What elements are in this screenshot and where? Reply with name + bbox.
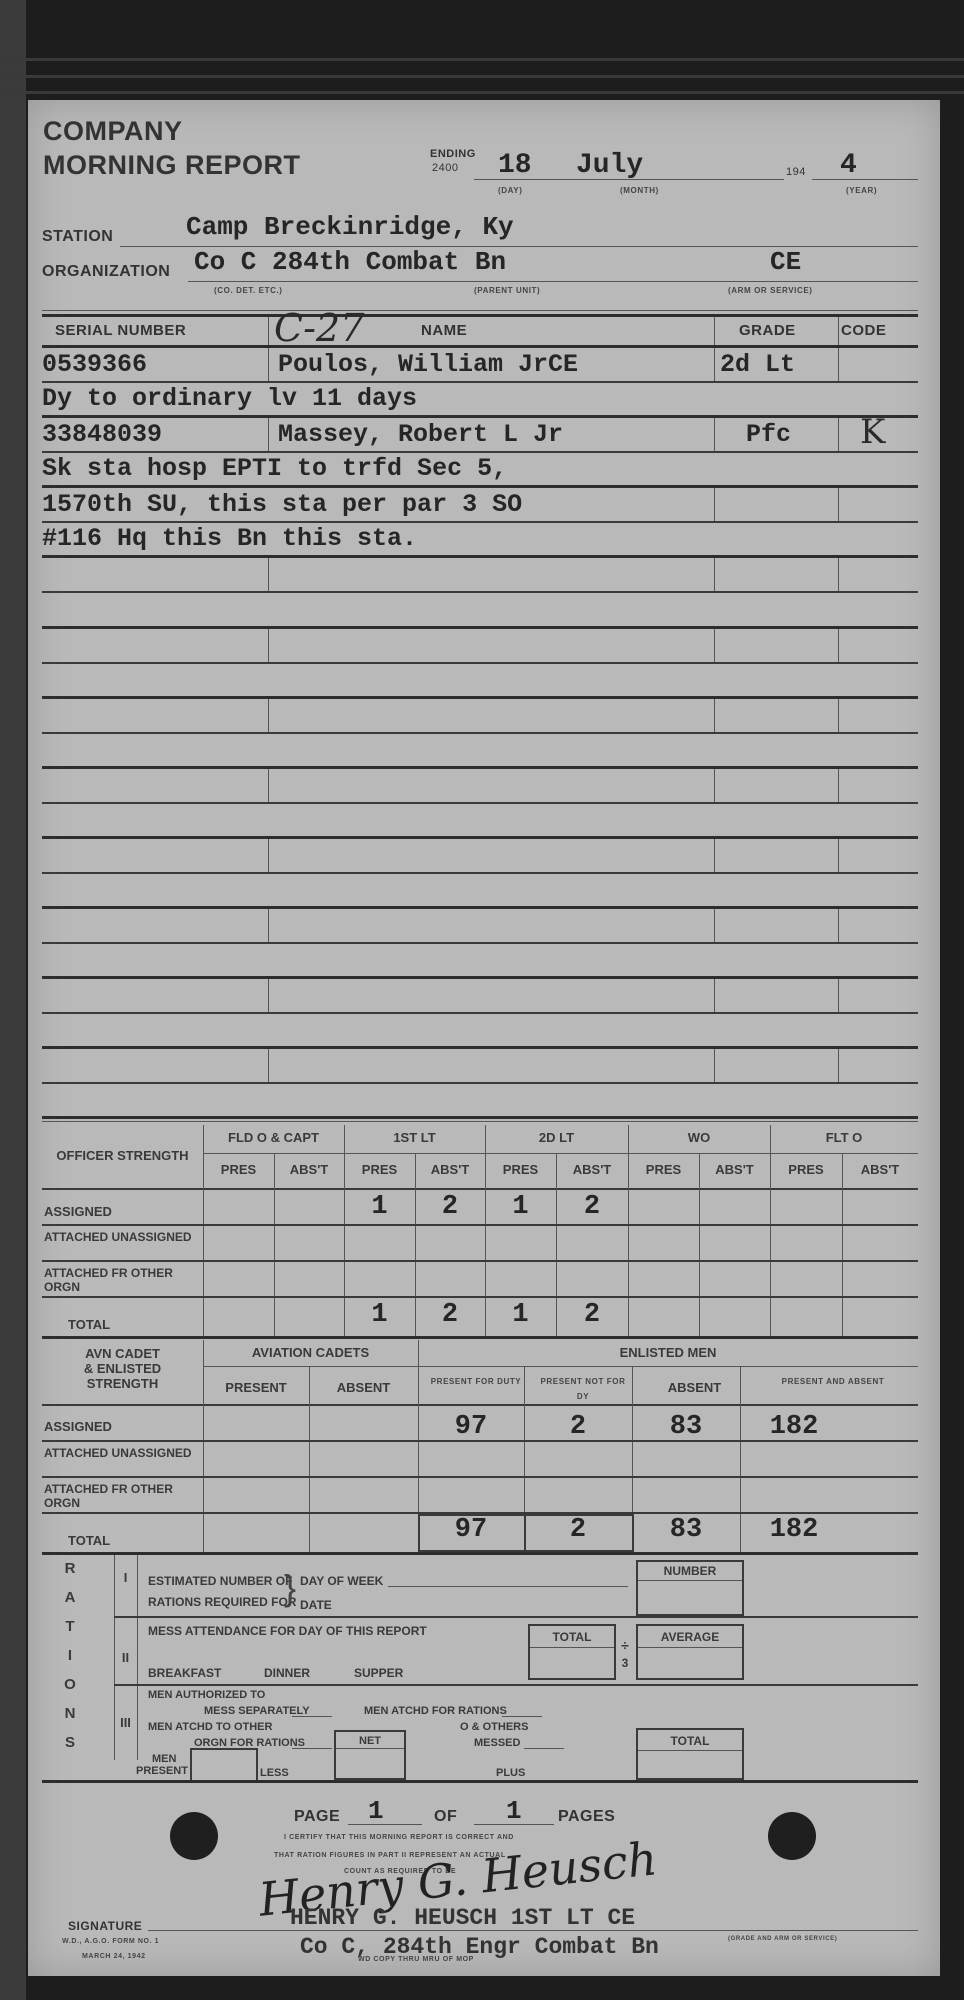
estimated-number-line2: RATIONS REQUIRED FOR [148,1595,296,1609]
col-divider [714,699,715,732]
ending-time: 2400 [432,162,458,174]
day-caption: (DAY) [498,186,522,195]
grid-line [274,1153,275,1337]
station-value[interactable]: Camp Breckinridge, Ky [186,212,514,242]
mess-total-label: TOTAL [528,1630,616,1644]
grid-line [309,1366,310,1552]
mess-separately-field[interactable] [292,1716,332,1717]
col-divider [268,558,269,591]
less-label: LESS [260,1766,289,1780]
organization-service[interactable]: CE [770,247,801,277]
subheader-pres: PRES [628,1162,699,1177]
row-rule [42,1224,918,1226]
row-rule [42,906,918,909]
section-numeral-iii: III [114,1715,137,1730]
entry-name[interactable]: Massey, Robert L Jr [278,420,563,449]
col-divider [268,979,269,1012]
row-rule [42,696,918,699]
signer-caption: (GRADE AND ARM OR SERVICE) [728,1936,837,1942]
others-line2: MESSED [474,1736,520,1750]
enlisted-title-line2: & ENLISTED [42,1362,203,1376]
row-rule [42,451,918,453]
film-scratch-line [0,91,964,94]
col-divider [838,1049,839,1082]
col-divider [714,839,715,872]
form-title-company: COMPANY [43,116,183,147]
morning-report-form: COMPANY MORNING REPORT ENDING 2400 18 Ju… [28,100,940,1976]
form-id-line1: W.D., A.G.O. FORM NO. 1 [62,1938,159,1945]
enlisted-row-label: ATTACHED FR OTHER ORGN [44,1482,194,1510]
remark-line[interactable]: #116 Hq this Bn this sta. [42,524,417,553]
year-underline [812,179,918,180]
col-divider [714,558,715,591]
rations-divider [137,1555,138,1760]
brace-glyph: } [284,1566,296,1610]
signer-typed-name[interactable]: HENRY G. HEUSCH 1ST LT CE [290,1905,635,1931]
enlisted-header-bottom-rule [42,1404,918,1406]
box-divider [638,1750,742,1751]
entry-serial[interactable]: 0539366 [42,350,147,379]
header-code: CODE [841,322,886,339]
men-atchd-other-line1: MEN ATCHD TO OTHER [148,1720,272,1734]
rations-letter: N [50,1705,90,1722]
net-label: NET [334,1734,406,1748]
col-divider [838,348,839,381]
enlisted-present-not-for-duty-total[interactable]: 2 [524,1515,632,1545]
page-total[interactable]: 1 [506,1796,522,1826]
officer-1stlt-pres-total[interactable]: 1 [344,1300,415,1330]
enlisted-absent-total[interactable]: 83 [632,1515,740,1545]
col-divider [268,769,269,802]
of-label: OF [434,1808,457,1826]
divide-by: 3 [616,1656,634,1670]
col-divider [714,488,715,521]
report-year-digit[interactable]: 4 [840,150,857,181]
row-rule [42,626,918,629]
row-rule [42,591,918,593]
subheader-present-for-duty: PRESENT FOR DUTY [426,1374,526,1389]
col-divider [268,418,269,451]
page-number-field [348,1824,422,1825]
grid-line [628,1125,629,1337]
orgn-for-rations-field[interactable] [292,1748,332,1749]
row-rule [42,381,918,383]
row-rule [42,732,918,734]
row-rule [42,872,918,874]
mess-attendance-label: MESS ATTENDANCE FOR DAY OF THIS REPORT [148,1624,427,1638]
col-divider [838,558,839,591]
col-divider [268,348,269,381]
group-enlisted-men: ENLISTED MEN [418,1345,918,1360]
subheader-present-not-for-duty: PRESENT NOT FOR DY [533,1374,633,1404]
day-of-week-field[interactable] [388,1586,628,1587]
date-label: DATE [300,1598,332,1612]
col-divider [838,979,839,1012]
row-rule [42,836,918,839]
average-label: AVERAGE [636,1630,744,1644]
section-rule [114,1616,918,1618]
remark-line[interactable]: 1570th SU, this sta per par 3 SO [42,490,522,519]
officer-row-label: TOTAL [68,1318,110,1332]
organization-underline [188,281,918,282]
plus-label: PLUS [496,1766,525,1780]
col-divider [268,317,269,345]
enlisted-absent-assigned[interactable]: 83 [632,1412,740,1442]
month-caption: (MONTH) [620,186,659,195]
caption-parent-unit: (PARENT UNIT) [474,286,540,295]
rations-letter: O [50,1676,90,1693]
officer-table-bottom-rule [42,1336,918,1339]
row-rule [42,1012,918,1014]
mailing-note: WD COPY THRU MRU OF MOP [358,1956,474,1963]
col-divider [714,418,715,451]
row-rule [42,1082,918,1084]
col-divider [714,909,715,942]
officer-1stlt-abst-assigned[interactable]: 2 [415,1192,485,1222]
subheader-cadets-absent: ABSENT [309,1380,418,1395]
men-atchd-for-rations: MEN ATCHD FOR RATIONS [364,1704,507,1718]
col-divider [838,909,839,942]
header-serial-number: SERIAL NUMBER [55,322,186,339]
group-header-rule [203,1153,918,1154]
col-divider [714,1049,715,1082]
col-divider [268,699,269,732]
rations-letter: T [50,1618,90,1635]
officer-group-header: WO [628,1130,770,1145]
grid-line [842,1153,843,1337]
box-divider [638,1580,742,1581]
rations-letter: I [50,1647,90,1664]
row-rule [42,942,918,944]
header-grade: GRADE [739,322,796,339]
ending-label: ENDING [430,148,476,160]
handwritten-note: C-27 [274,306,364,350]
box-divider [336,1748,404,1749]
col-divider [268,909,269,942]
enlisted-title-line3: STRENGTH [42,1377,203,1391]
roster-bottom-rule [42,1116,918,1119]
officer-group-header: 2D LT [485,1130,628,1145]
page-number[interactable]: 1 [368,1796,384,1826]
officer-group-header: FLD O & CAPT [203,1130,344,1145]
officer-2dlt-abst-assigned[interactable]: 2 [556,1192,628,1222]
estimated-number-line1: ESTIMATED NUMBER OF [148,1574,292,1588]
others-messed-field[interactable] [524,1748,564,1749]
punch-hole-left [170,1812,218,1860]
entry-grade[interactable]: 2d Lt [720,350,795,379]
rations-letter: A [50,1589,90,1606]
group-aviation-cadets: AVIATION CADETS [203,1345,418,1360]
enlisted-present-and-absent-total[interactable]: 182 [740,1515,848,1545]
report-month[interactable]: July [576,150,643,181]
supper-label: SUPPER [354,1666,403,1680]
enlisted-present-for-duty-total[interactable]: 97 [418,1515,524,1545]
subheader-pres: PRES [203,1162,274,1177]
col-divider [714,769,715,802]
number-box-label: NUMBER [636,1564,744,1578]
officer-1stlt-pres-assigned[interactable]: 1 [344,1192,415,1222]
organization-label: ORGANIZATION [42,263,170,281]
officer-2dlt-abst-total[interactable]: 2 [556,1300,628,1330]
film-edge-strip [0,0,26,2000]
subheader-abst: ABS'T [842,1162,918,1177]
page-label: PAGE [294,1808,340,1826]
section-rule [114,1684,918,1686]
row-rule [42,415,918,418]
col-divider [268,1049,269,1082]
year-prefix: 194 [786,166,806,178]
atchd-for-rations-field[interactable] [502,1716,542,1717]
enlisted-present-not-for-duty-assigned[interactable]: 2 [524,1412,632,1442]
officer-group-header: FLT O [770,1130,918,1145]
officer-row-label: ATTACHED FR OTHER ORGN [44,1266,194,1294]
col-divider [714,348,715,381]
remark-line[interactable]: Dy to ordinary lv 11 days [42,384,417,413]
day-of-week-label: DAY OF WEEK [300,1574,383,1588]
breakfast-label: BREAKFAST [148,1666,221,1680]
rations-letter: R [50,1560,90,1577]
rations-letter: S [50,1734,90,1751]
subheader-present-and-absent: PRESENT AND ABSENT [768,1374,898,1389]
signer-unit[interactable]: Co C, 284th Engr Combat Bn [300,1934,659,1960]
grid-line [203,1340,204,1552]
entry-code[interactable]: K [860,412,885,452]
enlisted-present-and-absent-assigned[interactable]: 182 [740,1412,848,1442]
grid-line [203,1125,204,1337]
men-present-box[interactable] [190,1748,258,1782]
enlisted-row-label: ATTACHED UNASSIGNED [44,1446,194,1460]
row-rule [42,1260,918,1262]
enlisted-row-label: ASSIGNED [44,1420,112,1434]
row-rule [42,802,918,804]
film-scratch-line [0,75,964,78]
caption-arm-service: (ARM OR SERVICE) [728,286,813,295]
subheader-pres: PRES [770,1162,842,1177]
pages-label: PAGES [558,1808,615,1826]
group-header-rule [203,1366,918,1367]
roster-top-rule [42,310,918,311]
report-day[interactable]: 18 [498,150,532,181]
col-divider [268,839,269,872]
caption-co-det: (CO. DET. ETC.) [214,286,283,295]
section-numeral-ii: II [114,1650,137,1665]
officer-row-label: ASSIGNED [44,1205,112,1219]
row-rule [42,1046,918,1049]
station-label: STATION [42,228,113,246]
subheader-abst: ABS'T [274,1162,344,1177]
organization-unit[interactable]: Co C 284th Combat Bn [194,247,506,277]
form-id-line2: MARCH 24, 1942 [82,1953,146,1960]
grid-line [770,1125,771,1337]
remark-line[interactable]: Sk sta hosp EPTI to trfd Sec 5, [42,454,507,483]
officer-header-bottom-rule [42,1188,918,1190]
subheader-pres: PRES [344,1162,415,1177]
box-divider [638,1647,742,1648]
roster-bottom-rule-thin [42,1121,918,1122]
officer-1stlt-abst-total[interactable]: 2 [415,1300,485,1330]
row-rule [42,485,918,488]
col-divider [714,979,715,1012]
col-divider [838,629,839,662]
col-divider [714,317,715,345]
film-scratch-line [0,58,964,61]
entry-name[interactable]: Poulos, William JrCE [278,350,578,379]
col-divider [838,699,839,732]
row-rule [42,555,918,558]
officer-group-header: 1ST LT [344,1130,485,1145]
row-rule [42,1296,918,1298]
subheader-abst: ABS'T [415,1162,485,1177]
header-name: NAME [421,322,467,339]
year-caption: (YEAR) [846,186,877,195]
form-title-morning-report: MORNING REPORT [43,150,301,181]
row-rule [42,766,918,769]
col-divider [838,317,839,345]
col-divider [714,629,715,662]
col-divider [838,769,839,802]
roster-top-rule-thick [42,314,918,317]
enlisted-table-bottom-rule [42,1552,918,1555]
men-authorized-line1: MEN AUTHORIZED TO [148,1688,265,1702]
subheader-abst: ABS'T [699,1162,770,1177]
divide-symbol: ÷ [616,1638,634,1652]
officer-2dlt-pres-total[interactable]: 1 [485,1300,556,1330]
row-rule [42,521,918,523]
row-rule [42,976,918,979]
rations-bottom-rule [42,1780,918,1783]
enlisted-row-label: TOTAL [68,1534,110,1548]
officer-2dlt-pres-assigned[interactable]: 1 [485,1192,556,1222]
subheader-absent: ABSENT [642,1380,747,1395]
grid-line [699,1153,700,1337]
row-rule [42,662,918,664]
officer-row-label: ATTACHED UNASSIGNED [44,1230,194,1244]
section-numeral-i: I [114,1570,137,1585]
enlisted-present-for-duty-assigned[interactable]: 97 [418,1412,524,1442]
enlisted-title-line1: AVN CADET [42,1347,203,1361]
box-divider [530,1647,614,1648]
row-rule [42,1440,918,1442]
certify-line1: I CERTIFY THAT THIS MORNING REPORT IS CO… [284,1834,514,1841]
col-divider [838,418,839,451]
entry-serial[interactable]: 33848039 [42,420,162,449]
subheader-pres: PRES [485,1162,556,1177]
col-divider [268,629,269,662]
dinner-label: DINNER [264,1666,310,1680]
header-bottom-rule [42,345,918,348]
subheader-abst: ABS'T [556,1162,628,1177]
subheader-cadets-present: PRESENT [203,1380,309,1395]
men-present-line2: PRESENT [136,1764,188,1778]
rations-total-label: TOTAL [636,1734,744,1748]
col-divider [838,839,839,872]
signature-label: SIGNATURE [68,1919,142,1933]
punch-hole-right [768,1812,816,1860]
others-line1: O & OTHERS [460,1720,528,1734]
col-divider [838,488,839,521]
row-rule [42,1476,918,1478]
entry-grade[interactable]: Pfc [746,420,791,449]
officer-strength-title: OFFICER STRENGTH [42,1148,203,1163]
